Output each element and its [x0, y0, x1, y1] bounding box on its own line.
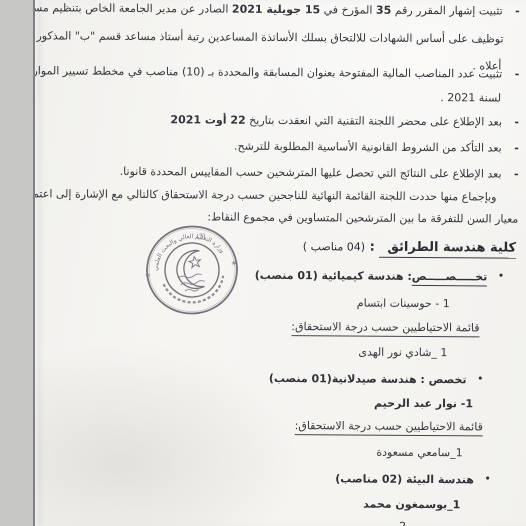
scanned-document-photo: { "colors": { "page": "#f5f4f1", "outer_…: [0, 0, 526, 526]
conclusion-line-1: وبإجماع منها حددت اللجنة القائمة النهائي…: [33, 187, 497, 204]
clause-text: الصادر عن مدير الجامعة الخاص بتنظيم مساب…: [33, 1, 229, 15]
bullet-marker: •: [485, 472, 491, 486]
official-stamp: وزارة التعليم العالي والبحث العلمي * * (…: [138, 218, 246, 322]
clause-publication-line-2: توظيف على أساس الشهادات للالتحاق بسلك ال…: [36, 29, 503, 46]
document-content: - تثبيت إشهار المقرر رقم 35 المؤرخ في 15…: [33, 0, 526, 526]
winner-name: 1- نوار عبد الرحيم: [374, 397, 473, 412]
clause-text: تثبيت عدد المناصب المالية المفتوحة بعنوا…: [33, 64, 502, 81]
clause-positions-line-2: لسنة 2021 .: [440, 91, 501, 105]
reserve-name: 1_سامعي مسعودة: [376, 446, 462, 461]
meeting-date: 22 أوت 2021: [170, 113, 245, 127]
stamp-inner-circle: [162, 240, 223, 301]
stamp-inner-script-line: [178, 273, 202, 279]
heading-separator: :: [365, 240, 379, 255]
winner-name: 1 - حوسينات ابتسام: [357, 297, 450, 312]
clause-text: تثبيت إشهار المقرر رقم: [395, 4, 503, 18]
specialty-value: : هندسة كيميائية (01 منصب): [255, 269, 412, 283]
document-page: - تثبيت إشهار المقرر رقم 35 المؤرخ في 15…: [33, 0, 526, 526]
dash-marker: -: [515, 5, 520, 19]
reserve-list-heading-text: قائمة الاحتياطيين حسب درجة الاستحقاق:: [295, 419, 483, 436]
decree-date: 15 جويلية 2021: [232, 3, 320, 17]
clause-committee-minutes: - بعد الإطلاع على محضر اللجنة التقنية ال…: [170, 113, 519, 129]
specialty-environmental-engineering: • هندسة البيئة (02 مناصب): [335, 471, 490, 487]
partial-cutoff-line: 2_: [394, 520, 407, 526]
stamp-star-left-icon: *: [145, 272, 151, 284]
conclusion-line-2: معيار السن للتفرقة ما بين المترشحين المت…: [207, 210, 518, 226]
clause-text: المؤرخ في: [324, 3, 373, 16]
bullet-marker: •: [498, 270, 504, 284]
faculty-heading: كلية هندسة الطرائق : (04 مناصب ): [303, 240, 516, 255]
specialty-value: : هندسة صيدلانية(01 منصب): [269, 372, 429, 386]
clause-text: بعد الإطلاع على النتائج التي تحصل عليها …: [120, 165, 502, 181]
specialty-label: تخـــــصـــــص: [412, 270, 488, 287]
specialty-chemical-engineering: • تخـــــصـــــص: هندسة كيميائية (01 منص…: [255, 268, 504, 285]
winner-name: 1_بوسمغون محمد: [363, 498, 460, 513]
clause-text: بعد التأكد من الشروط القانونية الأساسية …: [234, 140, 502, 155]
dash-marker: -: [514, 168, 519, 182]
decree-number: 35: [376, 4, 391, 17]
bullet-marker: •: [477, 372, 483, 386]
clause-text: بعد الإطلاع على محضر اللجنة التقنية التي…: [249, 114, 502, 129]
reserve-list-heading-text: قائمة الاحتياطيين حسب درجة الاستحقاق:: [291, 320, 479, 337]
dash-marker: -: [514, 142, 519, 156]
stamp-center-number: (3): [196, 232, 206, 241]
reserve-list-heading: قائمة الاحتياطيين حسب درجة الاستحقاق:: [291, 320, 479, 335]
reserve-list-heading: قائمة الاحتياطيين حسب درجة الاستحقاق:: [295, 419, 483, 434]
dash-marker: -: [514, 116, 519, 130]
specialty-value: هندسة البيئة (02 مناصب): [335, 472, 474, 486]
clause-publication-line-1: - تثبيت إشهار المقرر رقم 35 المؤرخ في 15…: [33, 1, 520, 19]
clause-results-review: - بعد الإطلاع على النتائج التي تحصل عليه…: [120, 165, 519, 182]
positions-count: (04 مناصب ): [303, 240, 365, 253]
reserve-name: 1 _شادي نور الهدى: [358, 346, 447, 361]
dash-marker: -: [515, 68, 520, 82]
specialty-pharmaceutical-engineering: • تخصص : هندسة صيدلانية(01 منصب): [269, 371, 483, 387]
clause-positions-line-1: - تثبيت عدد المناصب المالية المفتوحة بعن…: [33, 64, 519, 82]
clause-legal-conditions: - بعد التأكد من الشروط القانونية الأساسي…: [234, 140, 519, 156]
specialty-label: تخصص: [429, 373, 467, 386]
faculty-title: كلية هندسة الطرائق: [379, 240, 516, 259]
crescent-icon: [174, 250, 204, 291]
star-icon: [188, 256, 201, 268]
